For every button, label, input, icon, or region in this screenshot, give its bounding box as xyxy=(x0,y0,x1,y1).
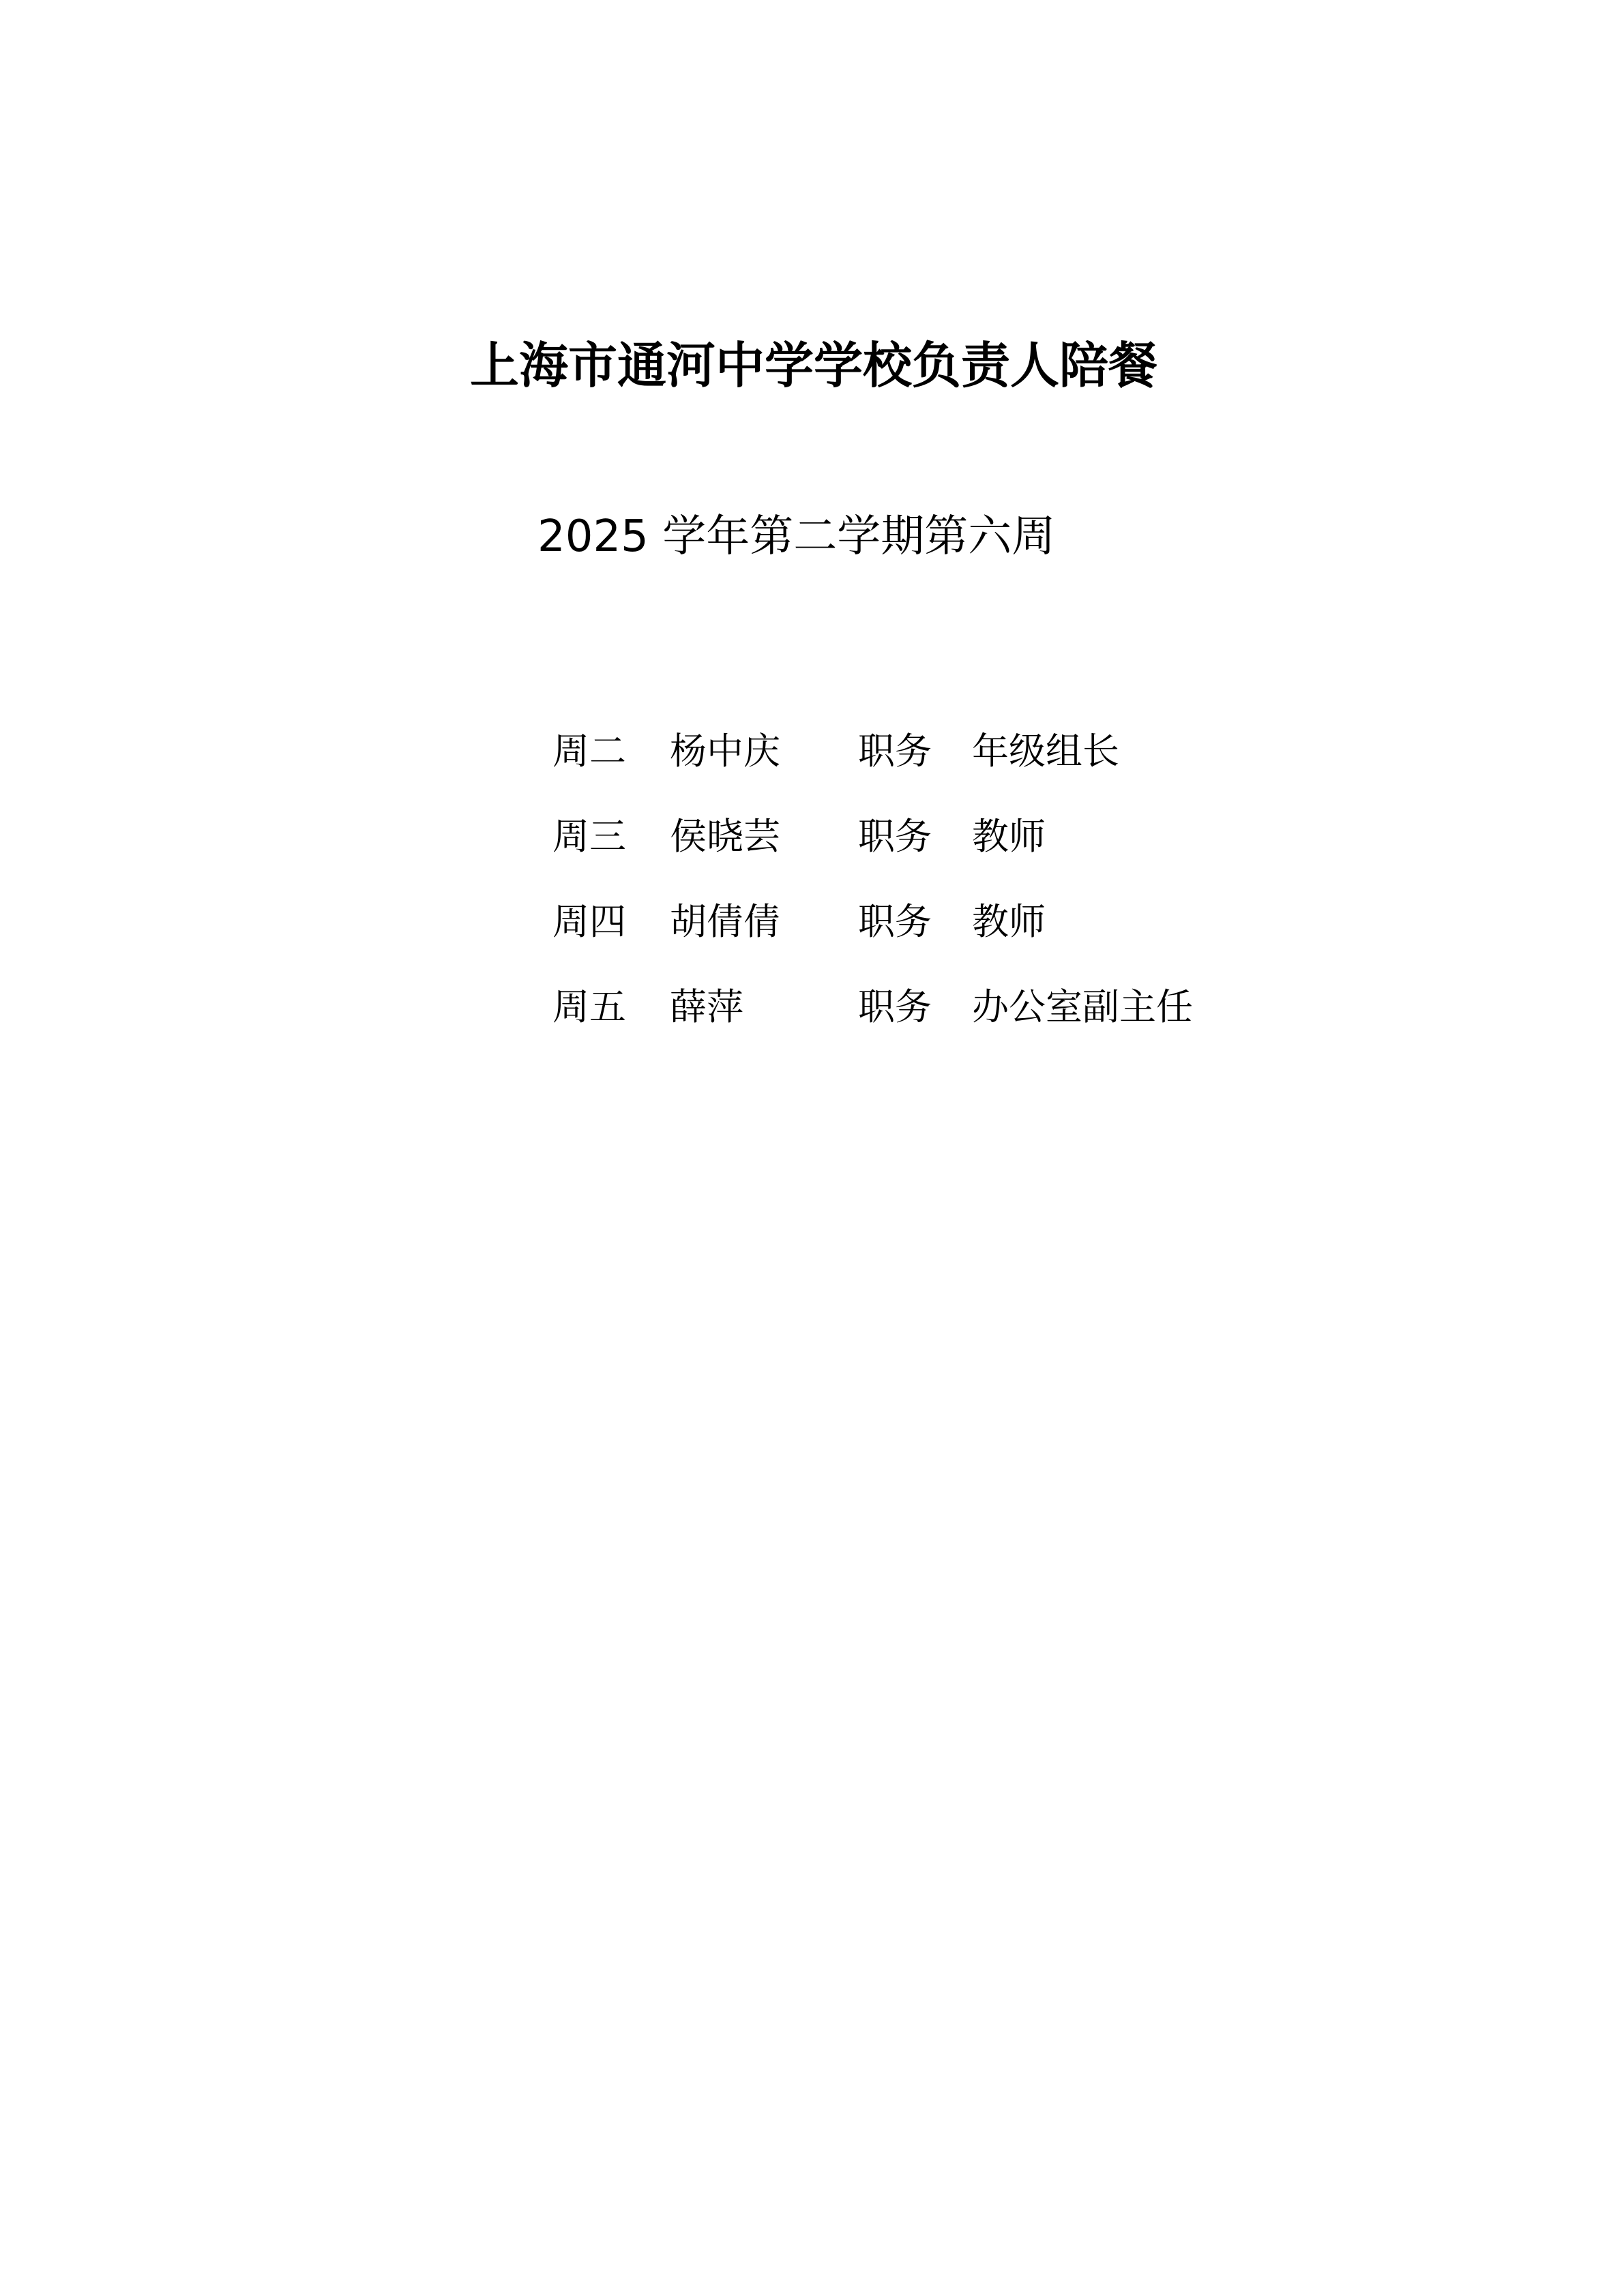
schedule-day: 周二 xyxy=(552,724,626,779)
schedule-role: 教师 xyxy=(972,809,1046,864)
schedule-day: 周四 xyxy=(552,895,626,949)
schedule-row: 周四 胡倩倩 职务 教师 xyxy=(552,895,1235,980)
schedule-row: 周二 杨中庆 职务 年级组长 xyxy=(552,724,1235,809)
schedule-role-label: 职务 xyxy=(858,980,932,1034)
schedule-role: 办公室副主任 xyxy=(972,980,1193,1034)
schedule-person: 侯晓芸 xyxy=(670,809,780,864)
schedule-row: 周三 侯晓芸 职务 教师 xyxy=(552,809,1235,895)
schedule-person: 杨中庆 xyxy=(670,724,780,779)
schedule-day: 周三 xyxy=(552,809,626,864)
schedule-person: 胡倩倩 xyxy=(670,895,780,949)
schedule-day: 周五 xyxy=(552,980,626,1034)
schedule-role: 年级组长 xyxy=(972,724,1119,779)
page-subtitle: 2025 学年第二学期第六周 xyxy=(537,506,1055,567)
schedule-role-label: 职务 xyxy=(858,809,932,864)
page-title: 上海市通河中学学校负责人陪餐 xyxy=(470,331,1166,400)
schedule-role-label: 职务 xyxy=(858,724,932,779)
dining-schedule: 周二 杨中庆 职务 年级组长 周三 侯晓芸 职务 教师 周四 胡倩倩 职务 教师… xyxy=(552,724,1235,1065)
schedule-row: 周五 薛萍 职务 办公室副主任 xyxy=(552,980,1235,1065)
document-page: 上海市通河中学学校负责人陪餐 2025 学年第二学期第六周 周二 杨中庆 职务 … xyxy=(0,0,1624,2296)
schedule-role-label: 职务 xyxy=(858,895,932,949)
schedule-role: 教师 xyxy=(972,895,1046,949)
schedule-person: 薛萍 xyxy=(670,980,743,1034)
